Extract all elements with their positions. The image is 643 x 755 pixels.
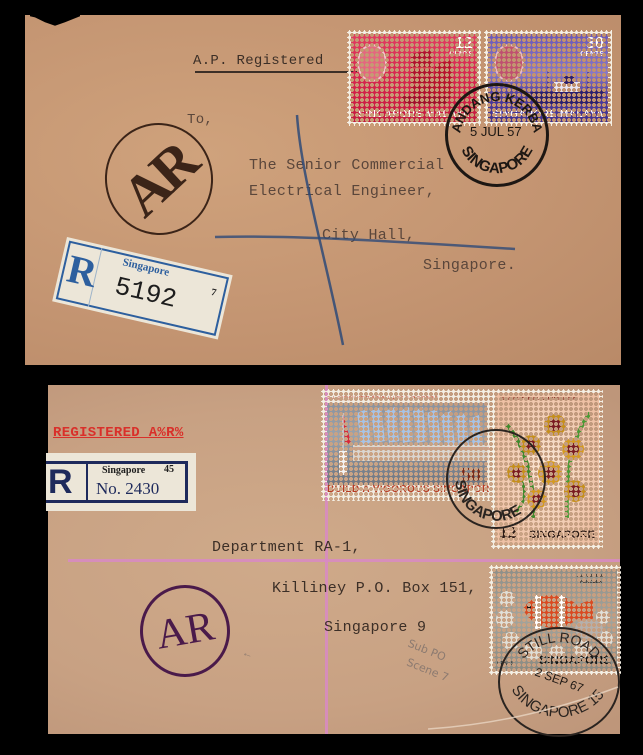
address-line-3: Singapore 9 bbox=[324, 619, 426, 636]
stamp-value: 30 bbox=[586, 35, 604, 52]
postmark-kandang-kerbau: KANDANG KERBAU SINGAPORE 5 JUL 57 bbox=[445, 83, 549, 187]
ar-marking: AR bbox=[152, 602, 218, 659]
queen-portrait-icon bbox=[494, 44, 524, 82]
ar-marking: AR bbox=[108, 129, 209, 230]
stamp-value: 12 bbox=[455, 35, 473, 52]
registration-number: No. 2430 bbox=[96, 479, 159, 499]
registration-office-number: 45 bbox=[164, 464, 174, 475]
registration-line-horizontal bbox=[68, 559, 620, 562]
stamp-caption: GRAMMATOPHYLLUM SPECIOSUM bbox=[501, 396, 578, 401]
registration-letter: R bbox=[48, 463, 73, 501]
endorsement-text: REGISTERED A%R% bbox=[53, 425, 184, 441]
stamp-country: SINGAPORE bbox=[529, 529, 595, 541]
postmark-top-text: STILL ROAD bbox=[514, 629, 604, 661]
address-line-2: Killiney P.O. Box 151, bbox=[272, 580, 477, 597]
stamp-unit: CENTS bbox=[580, 51, 604, 59]
stamp-value: 12 bbox=[499, 527, 517, 541]
pencil-note: Sub PO Scene 7 bbox=[398, 635, 458, 687]
cover-bottom-envelope: REGISTERED A%R% R Singapore 45 No. 2430 … bbox=[48, 385, 620, 734]
address-line-1: Department RA-1, bbox=[212, 539, 361, 556]
registration-label: R Singapore 45 No. 2430 bbox=[46, 453, 196, 511]
postmark-date: 5 JUL 57 bbox=[470, 124, 522, 139]
svg-text:STILL ROAD: STILL ROAD bbox=[514, 629, 604, 661]
svg-text:SINGAPORE: SINGAPORE bbox=[451, 479, 524, 525]
postmark-bottom-text: SINGAPORE bbox=[451, 479, 524, 525]
queen-portrait-icon bbox=[357, 44, 387, 82]
cover-top-envelope: A.P. Registered To, The Senior Commercia… bbox=[25, 15, 621, 365]
paper-crease bbox=[428, 685, 620, 734]
postmark-bottom-text: SINGAPORE bbox=[458, 143, 537, 177]
ar-circle-stamp: AR bbox=[140, 585, 230, 677]
postmark-seletar: SINGAPORE bbox=[446, 429, 546, 529]
stamp-header-tamil: உடலுறுதியுள்ள சிங்கப்பூரை உருவாக்குக bbox=[327, 394, 487, 402]
stamp-unit: CENTS bbox=[449, 51, 473, 59]
registration-office: Singapore bbox=[102, 465, 145, 476]
svg-text:SINGAPORE: SINGAPORE bbox=[458, 143, 537, 177]
pencil-arrow-icon: ← bbox=[242, 648, 252, 662]
